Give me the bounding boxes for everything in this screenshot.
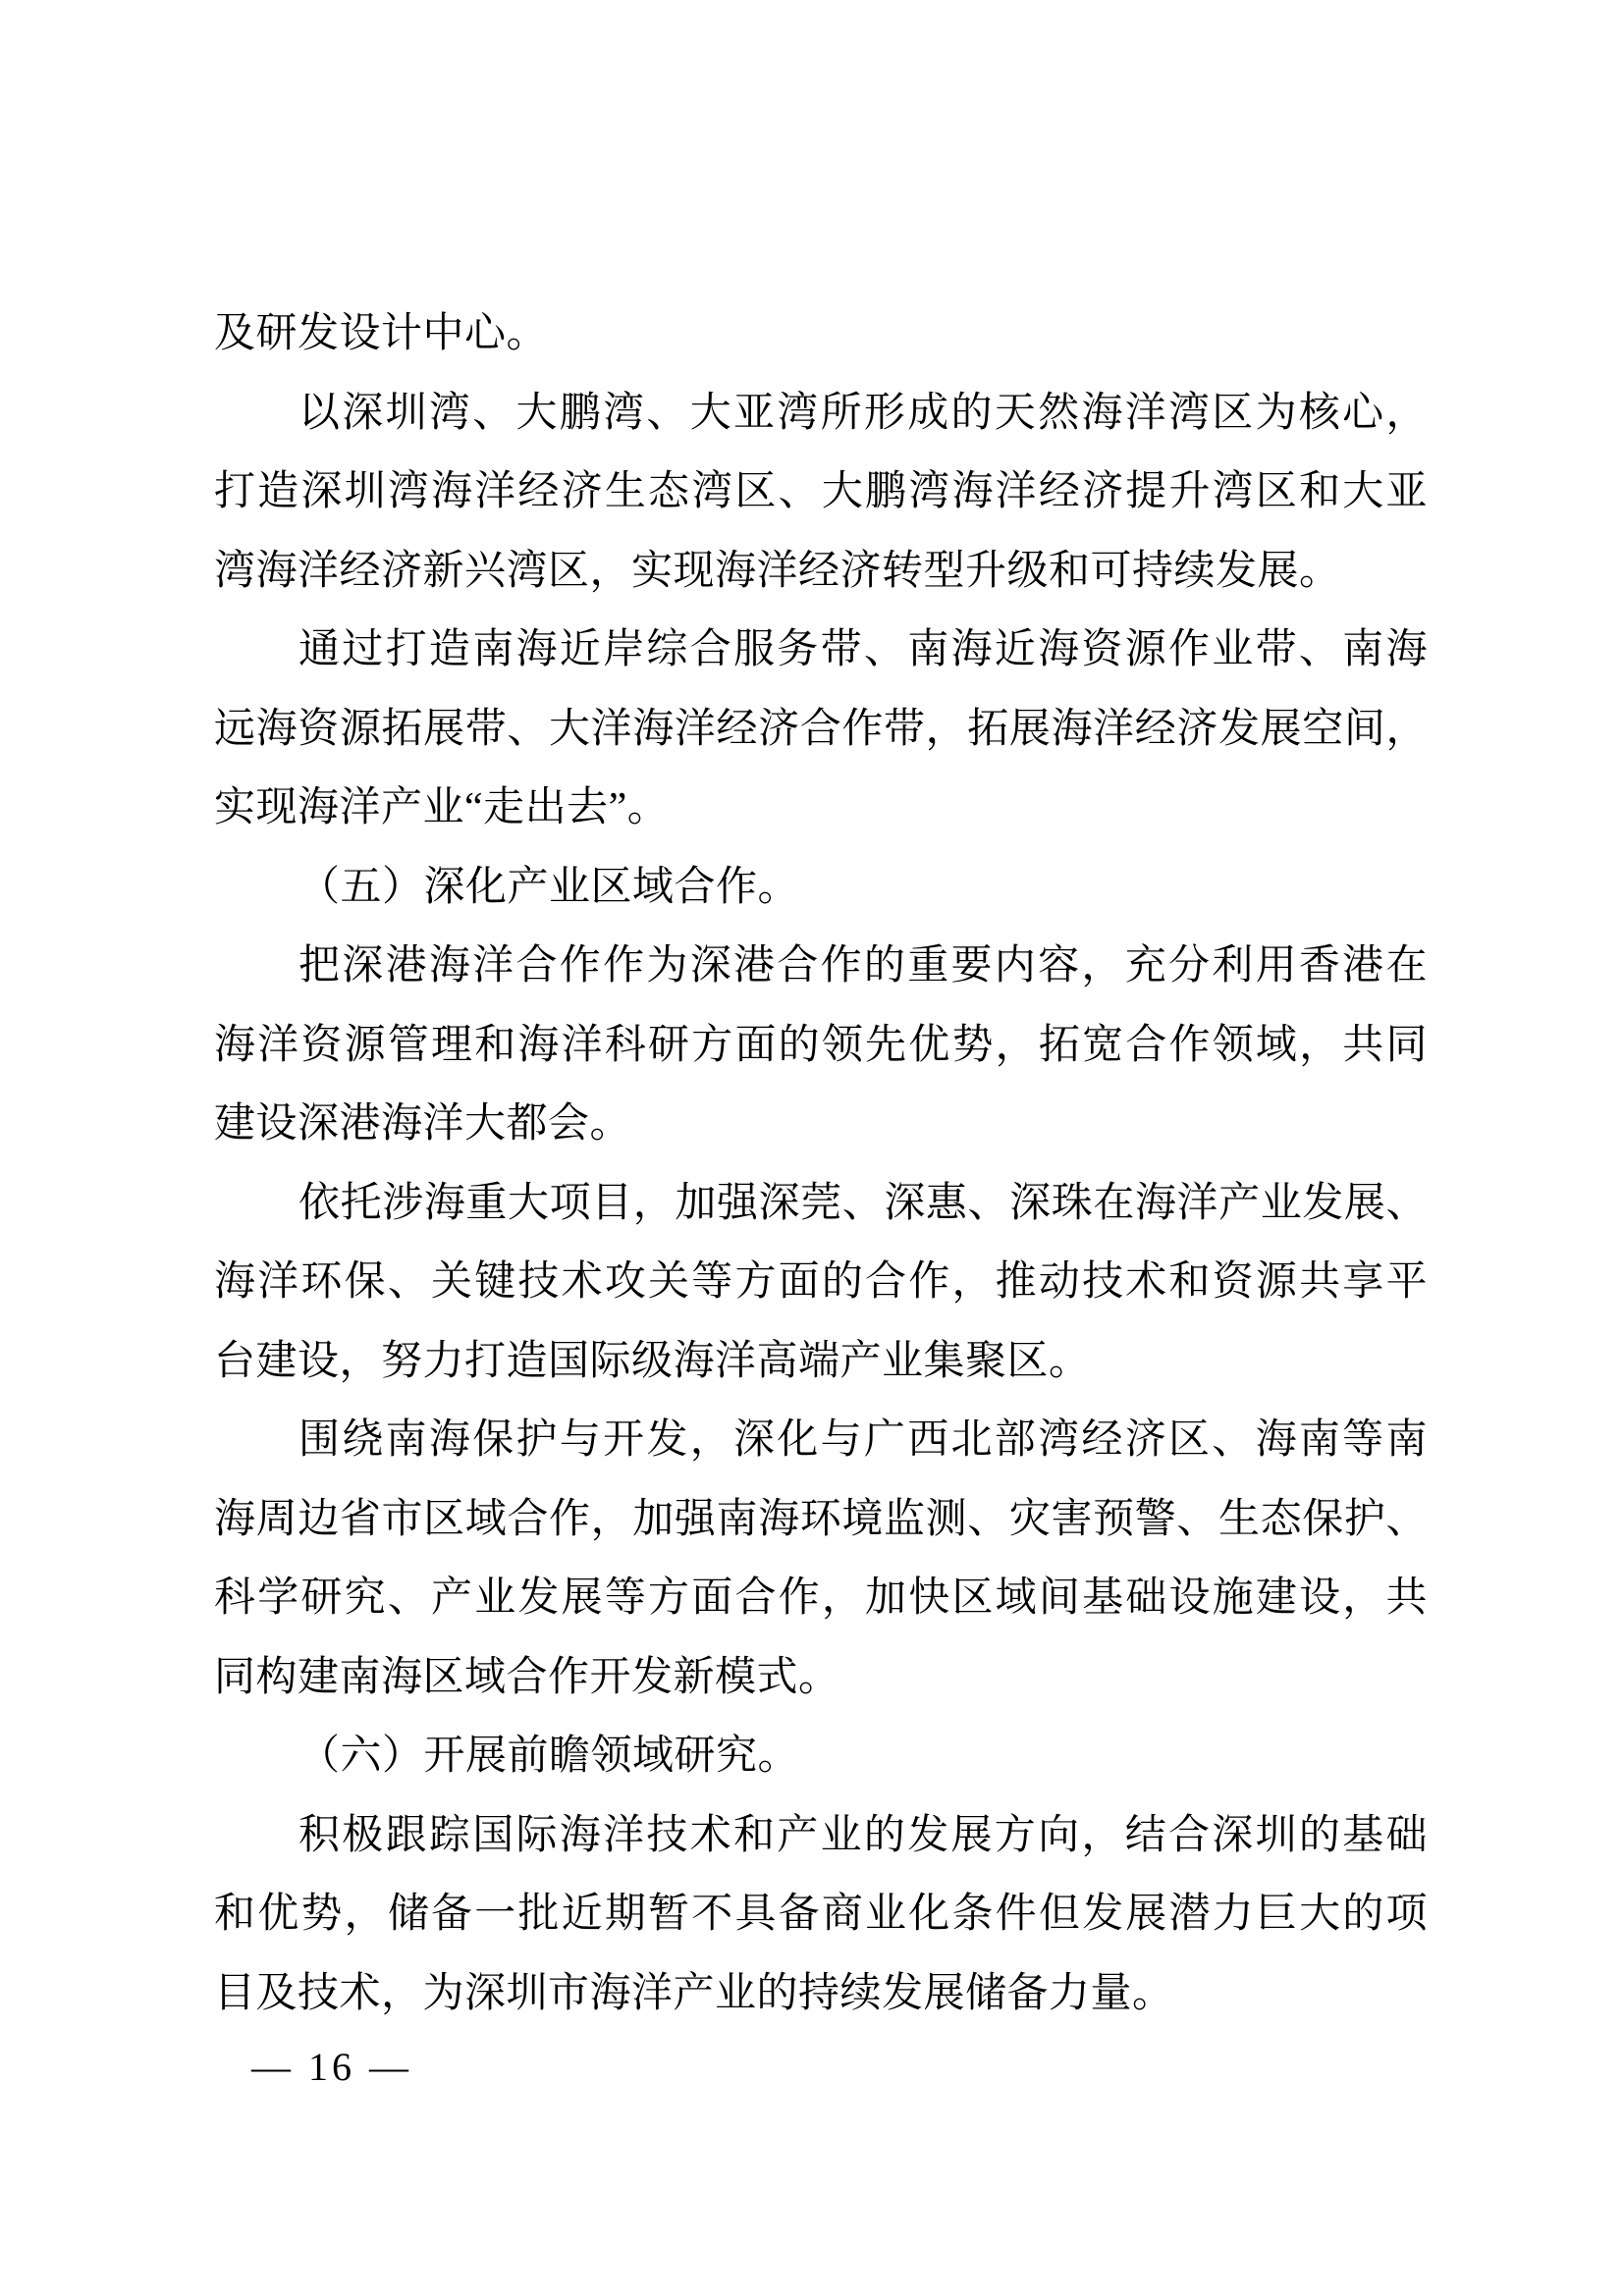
text-line: 积极跟踪国际海洋技术和产业的发展方向，结合深圳的基础 — [214, 1796, 1428, 1876]
page-number: — 16 — — [251, 2044, 412, 2091]
document-body-text: 及研发设计中心。以深圳湾、大鹏湾、大亚湾所形成的天然海洋湾区为核心，打造深圳湾海… — [214, 294, 1428, 2033]
text-line: 实现海洋产业“走出去”。 — [214, 769, 1428, 848]
text-line: 海洋环保、关键技术攻关等方面的合作，推动技术和资源共享平 — [214, 1243, 1428, 1322]
document-page: 及研发设计中心。以深圳湾、大鹏湾、大亚湾所形成的天然海洋湾区为核心，打造深圳湾海… — [0, 0, 1623, 2296]
text-line: 海周边省市区域合作，加强南海环境监测、灾害预警、生态保护、 — [214, 1480, 1428, 1560]
text-line: （五）深化产业区域合作。 — [214, 848, 1428, 928]
text-line: 科学研究、产业发展等方面合作，加快区域间基础设施建设，共 — [214, 1559, 1428, 1638]
text-line: 建设深港海洋大都会。 — [214, 1085, 1428, 1164]
text-line: 同构建南海区域合作开发新模式。 — [214, 1638, 1428, 1718]
text-line: 打造深圳湾海洋经济生态湾区、大鹏湾海洋经济提升湾区和大亚 — [214, 453, 1428, 532]
text-line: 依托涉海重大项目，加强深莞、深惠、深珠在海洋产业发展、 — [214, 1164, 1428, 1244]
text-line: 台建设，努力打造国际级海洋高端产业集聚区。 — [214, 1322, 1428, 1402]
text-line: 目及技术，为深圳市海洋产业的持续发展储备力量。 — [214, 1954, 1428, 2034]
text-line: 以深圳湾、大鹏湾、大亚湾所形成的天然海洋湾区为核心， — [214, 374, 1428, 454]
text-line: 及研发设计中心。 — [214, 294, 1428, 374]
text-line: 通过打造南海近岸综合服务带、南海近海资源作业带、南海 — [214, 611, 1428, 690]
text-line: 海洋资源管理和海洋科研方面的领先优势，拓宽合作领域，共同 — [214, 1006, 1428, 1086]
text-line: 和优势，储备一批近期暂不具备商业化条件但发展潜力巨大的项 — [214, 1875, 1428, 1954]
text-line: 围绕南海保护与开发，深化与广西北部湾经济区、海南等南 — [214, 1401, 1428, 1480]
text-line: 远海资源拓展带、大洋海洋经济合作带，拓展海洋经济发展空间， — [214, 690, 1428, 770]
text-line: 湾海洋经济新兴湾区，实现海洋经济转型升级和可持续发展。 — [214, 532, 1428, 612]
text-line: （六）开展前瞻领域研究。 — [214, 1717, 1428, 1796]
text-line: 把深港海洋合作作为深港合作的重要内容，充分利用香港在 — [214, 927, 1428, 1006]
